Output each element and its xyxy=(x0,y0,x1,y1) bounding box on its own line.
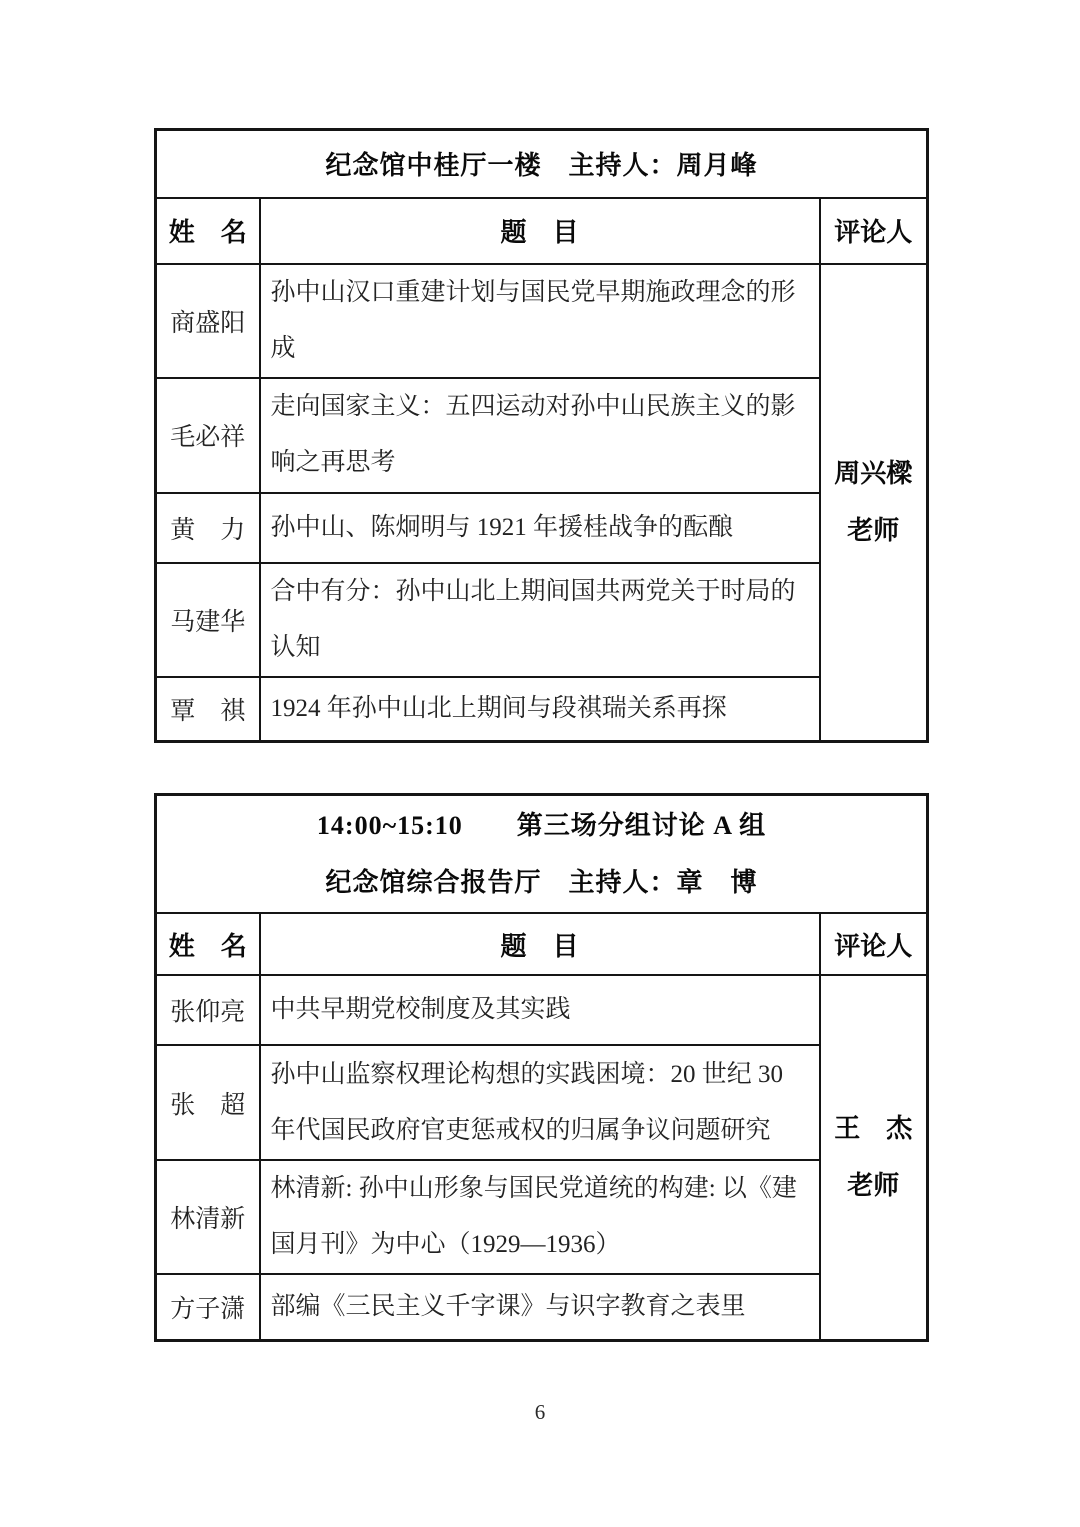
table-row: 方子潇 部编《三民主义千字课》与识字教育之表里 xyxy=(156,1274,928,1340)
speaker-name: 商盛阳 xyxy=(156,264,260,378)
commentator-name: 周兴樑 xyxy=(822,445,926,502)
table2-caption: 14:00~15:10 第三场分组讨论 A 组 纪念馆综合报告厅 主持人：章 博 xyxy=(156,795,928,914)
paper-title: 1924 年孙中山北上期间与段祺瑞关系再探 xyxy=(260,677,820,742)
table1-caption-row: 纪念馆中桂厅一楼 主持人：周月峰 xyxy=(156,130,928,198)
table1-header-name: 姓 名 xyxy=(156,198,260,264)
session-table-2: 14:00~15:10 第三场分组讨论 A 组 纪念馆综合报告厅 主持人：章 博… xyxy=(154,793,929,1342)
commentator-suffix: 老师 xyxy=(822,1157,926,1214)
paper-title: 孙中山汉口重建计划与国民党早期施政理念的形成 xyxy=(260,264,820,378)
paper-title: 走向国家主义：五四运动对孙中山民族主义的影响之再思考 xyxy=(260,378,820,493)
table-row: 马建华 合中有分：孙中山北上期间国共两党关于时局的认知 xyxy=(156,563,928,677)
table-row: 张 超 孙中山监察权理论构想的实践困境：20 世纪 30 年代国民政府官吏惩戒权… xyxy=(156,1045,928,1160)
table-row: 毛必祥 走向国家主义：五四运动对孙中山民族主义的影响之再思考 xyxy=(156,378,928,493)
table-row: 覃 祺 1924 年孙中山北上期间与段祺瑞关系再探 xyxy=(156,677,928,742)
table2-header-row: 姓 名 题 目 评论人 xyxy=(156,913,928,975)
paper-title: 合中有分：孙中山北上期间国共两党关于时局的认知 xyxy=(260,563,820,677)
table-row: 黄 力 孙中山、陈炯明与 1921 年援桂战争的酝酿 xyxy=(156,493,928,563)
table2-header-name: 姓 名 xyxy=(156,913,260,975)
session-time-and-title: 14:00~15:10 第三场分组讨论 A 组 xyxy=(158,797,925,854)
speaker-name: 马建华 xyxy=(156,563,260,677)
paper-title: 林清新: 孙中山形象与国民党道统的构建: 以《建国月刊》为中心（1929—193… xyxy=(260,1160,820,1274)
page-number: 6 xyxy=(0,1400,1080,1425)
table2-header-title: 题 目 xyxy=(260,913,820,975)
speaker-name: 黄 力 xyxy=(156,493,260,563)
session-venue-and-host: 纪念馆综合报告厅 主持人：章 博 xyxy=(158,854,925,911)
speaker-name: 林清新 xyxy=(156,1160,260,1274)
table-row: 商盛阳 孙中山汉口重建计划与国民党早期施政理念的形成 周兴樑 老师 xyxy=(156,264,928,378)
speaker-name: 覃 祺 xyxy=(156,677,260,742)
table1-header-title: 题 目 xyxy=(260,198,820,264)
session-table-1: 纪念馆中桂厅一楼 主持人：周月峰 姓 名 题 目 评论人 商盛阳 孙中山汉口重建… xyxy=(154,128,929,743)
table-row: 林清新 林清新: 孙中山形象与国民党道统的构建: 以《建国月刊》为中心（1929… xyxy=(156,1160,928,1274)
paper-title: 孙中山、陈炯明与 1921 年援桂战争的酝酿 xyxy=(260,493,820,563)
table2-header-commentator: 评论人 xyxy=(820,913,928,975)
speaker-name: 张 超 xyxy=(156,1045,260,1160)
table-row: 张仰亮 中共早期党校制度及其实践 王 杰 老师 xyxy=(156,975,928,1045)
document-page: 纪念馆中桂厅一楼 主持人：周月峰 姓 名 题 目 评论人 商盛阳 孙中山汉口重建… xyxy=(0,0,1080,1527)
commentator-name: 王 杰 xyxy=(822,1100,926,1157)
table1-commentator-cell: 周兴樑 老师 xyxy=(820,264,928,742)
table1-header-row: 姓 名 题 目 评论人 xyxy=(156,198,928,264)
commentator-suffix: 老师 xyxy=(822,502,926,559)
paper-title: 中共早期党校制度及其实践 xyxy=(260,975,820,1045)
table2-commentator-cell: 王 杰 老师 xyxy=(820,975,928,1340)
paper-title: 孙中山监察权理论构想的实践困境：20 世纪 30 年代国民政府官吏惩戒权的归属争… xyxy=(260,1045,820,1160)
speaker-name: 张仰亮 xyxy=(156,975,260,1045)
paper-title: 部编《三民主义千字课》与识字教育之表里 xyxy=(260,1274,820,1340)
speaker-name: 方子潇 xyxy=(156,1274,260,1340)
table2-caption-row: 14:00~15:10 第三场分组讨论 A 组 纪念馆综合报告厅 主持人：章 博 xyxy=(156,795,928,914)
table1-caption: 纪念馆中桂厅一楼 主持人：周月峰 xyxy=(156,130,928,198)
speaker-name: 毛必祥 xyxy=(156,378,260,493)
table1-header-commentator: 评论人 xyxy=(820,198,928,264)
